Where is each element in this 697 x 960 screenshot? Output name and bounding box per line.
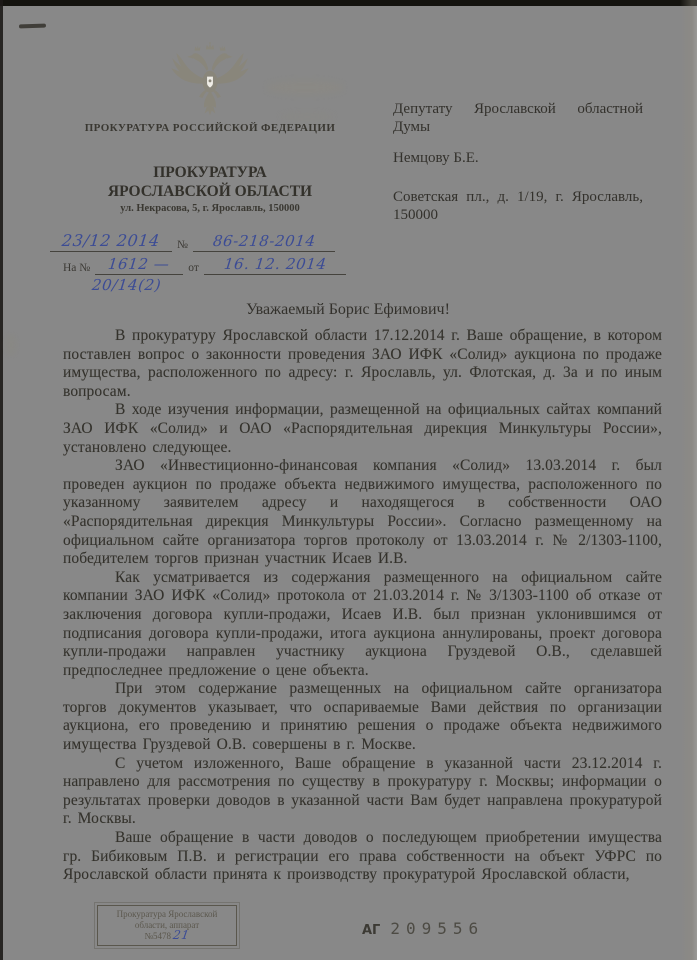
letterhead-address: ул. Некрасова, 5, г. Ярославль, 150000 [60, 203, 360, 214]
recipient-block: Депутату Ярославской областной Думы Немц… [393, 100, 643, 224]
salutation: Уважаемый Борис Ефимович! [63, 301, 633, 319]
outgoing-number-handwritten: 86-218-2014 [212, 232, 317, 250]
stamp-number-printed: №5478 [144, 931, 171, 941]
stamp-line3: №547821 [100, 930, 234, 942]
number-sign-label: № [172, 239, 193, 252]
recipient-address: Советская пл., д. 1/19, г. Ярославль, 15… [393, 188, 643, 224]
recipient-name: Немцову Б.Е. [393, 149, 643, 167]
stamp-line1: Прокуратура Ярославской [100, 909, 234, 920]
body-paragraph: Ваше обращение в части доводов о последу… [63, 829, 662, 885]
scan-edge-left [0, 0, 3, 960]
from-label: от [183, 262, 204, 275]
body-paragraph: В ходе изучения информации, размещенной … [63, 401, 662, 457]
letterhead-org-name: ПРОКУРАТУРА ЯРОСЛАВСКОЙ ОБЛАСТИ [60, 163, 360, 201]
stamp-number-handwritten: 21 [172, 930, 190, 941]
incoming-number-handwritten: 1612 — [108, 255, 171, 273]
recipient-position: Депутату Ярославской областной Думы [393, 100, 643, 136]
form-series: АГ [362, 923, 380, 938]
letterhead-org-line2: ЯРОСЛАВСКОЙ ОБЛАСТИ [60, 182, 360, 201]
reference-row-outgoing: 23/12 2014 № 86-218-2014 [50, 229, 380, 252]
reference-block: 23/12 2014 № 86-218-2014 На № 1612 — от … [50, 229, 380, 295]
letter-body: В прокуратуру Ярославской области 17.12.… [63, 327, 662, 885]
scan-edge-right-shadow [680, 0, 697, 960]
outgoing-date-handwritten: 23/12 2014 [61, 231, 161, 250]
stamp-line2: области, аппарат [100, 920, 234, 931]
registry-stamp-box: Прокуратура Ярославской области, аппарат… [97, 905, 237, 946]
letterhead-federation-line: ПРОКУРАТУРА РОССИЙСКОЙ ФЕДЕРАЦИИ [60, 122, 360, 134]
form-series-number: АГ 209556 [362, 919, 484, 938]
russia-coat-of-arms-icon [168, 42, 252, 118]
scanned-letter-page: ПРОКУРАТУРА РОССИЙСКОЙ ФЕДЕРАЦИИ ПРОКУРА… [0, 0, 697, 960]
incoming-date-handwritten: 16. 12. 2014 [223, 255, 328, 273]
body-paragraph: С учетом изложенного, Ваше обращение в у… [63, 755, 662, 829]
form-number: 209556 [390, 919, 484, 938]
incoming-label: На № [50, 262, 95, 275]
extra-note-handwritten: 20/14(2) [91, 276, 162, 294]
bleedthrough-smudge [267, 80, 343, 95]
body-paragraph: В прокуратуру Ярославской области 17.12.… [63, 327, 662, 401]
scan-edge-top [0, 0, 697, 6]
reference-row-incoming: На № 1612 — от 16. 12. 2014 [50, 252, 380, 275]
scan-corner-mark [19, 24, 46, 29]
body-paragraph: При этом содержание размещенных на офици… [63, 680, 662, 754]
letterhead-org-line1: ПРОКУРАТУРА [60, 163, 360, 182]
bleedthrough-smudge [6, 335, 16, 355]
body-paragraph: Как усматривается из содержания размещен… [63, 569, 662, 681]
body-paragraph: ЗАО «Инвестиционно-финансовая компания «… [63, 457, 662, 569]
bleedthrough-smudge [281, 112, 333, 122]
